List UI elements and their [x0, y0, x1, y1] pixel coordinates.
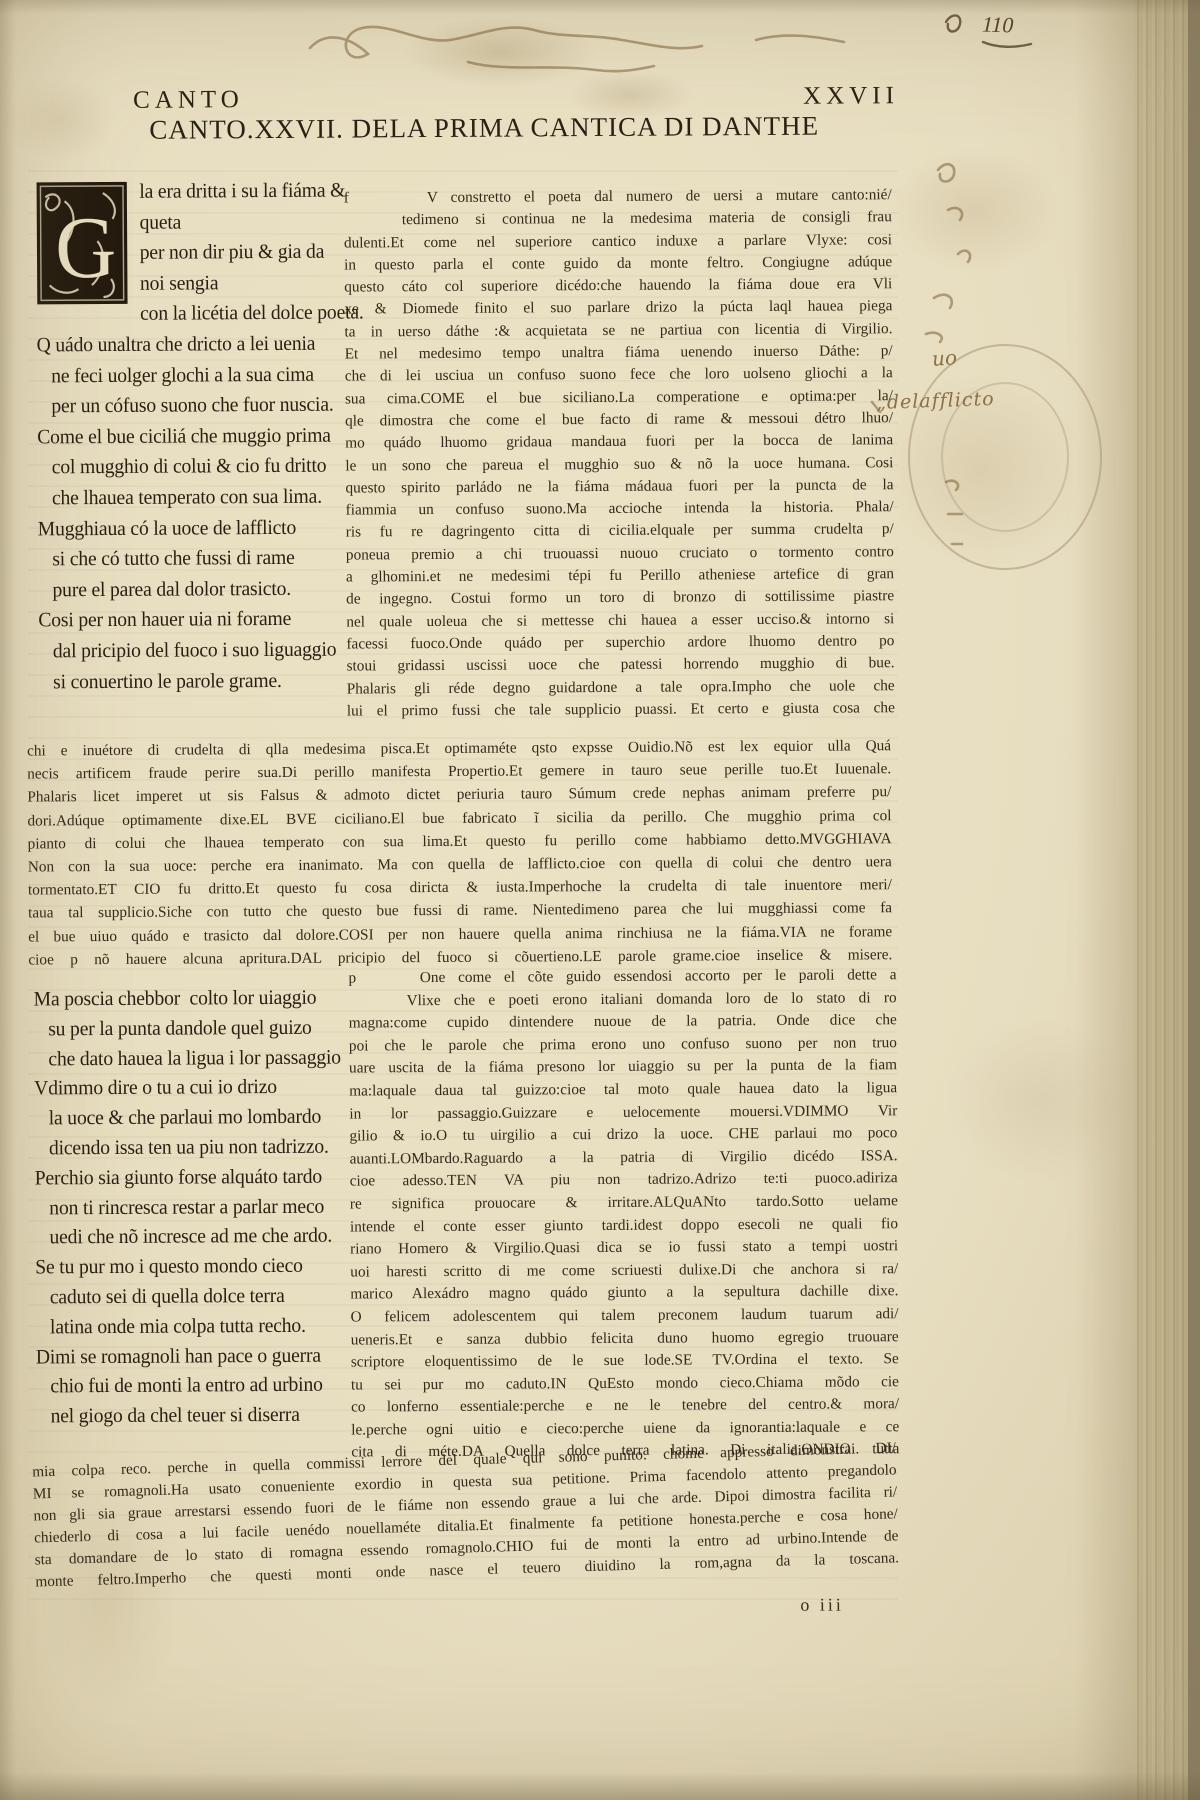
- text-line: Dimi se romagnoli han pace o guerra: [36, 1341, 358, 1373]
- text-line: O felicem adolescentem qui talem precone…: [350, 1303, 898, 1329]
- text-line: dulenti.Et come nel superiore cantico in…: [344, 229, 892, 255]
- text-line: ris fu re dagringento citta di cicilia.e…: [346, 519, 894, 545]
- text-line: Mugghiaua có la uoce de lafflicto: [38, 512, 360, 545]
- text-line: Se tu pur mo i questo mondo cieco: [35, 1252, 357, 1284]
- text-line: chio fui de monti la entro ad urbino: [36, 1371, 358, 1403]
- gloss-block-2: mia colpa reco. perche in quella commiss…: [32, 1437, 899, 1593]
- quire-signature: o iii: [800, 1595, 844, 1616]
- text-line: ueneris.Et e sanza dubbio felicita duno …: [351, 1326, 899, 1352]
- book-fore-edge-shadow: [1188, 0, 1200, 1800]
- text-line: Et nel medesimo tempo unaltra fiáma uene…: [345, 340, 893, 366]
- text-line: tedimeno si continua ne la medesima mate…: [344, 207, 892, 233]
- text-line: pure el parea dal dolor trasicto.: [38, 573, 360, 606]
- text-line: marico Alexádro magno quádo giunto a la …: [350, 1280, 898, 1306]
- text-line: dicendo issa ten ua piu non tadrizzo.: [34, 1132, 356, 1164]
- text-line: re significa prouocare & irritare.ALQuAN…: [350, 1190, 898, 1216]
- text-line: p One come el cõte guido essendosi accor…: [348, 964, 896, 990]
- text-line: nel giogo da chel teuer si diserra: [36, 1401, 358, 1433]
- running-header-number: XXVII: [803, 82, 899, 111]
- text-line: che di lei usciua un confuso suono fece …: [345, 363, 893, 389]
- text-line: a glhomini.et ne medesimi tépi fu Perill…: [346, 563, 894, 589]
- decorated-initial-G: G: [36, 181, 129, 306]
- text-line: caduto sei di quella dolce terra: [35, 1281, 357, 1313]
- text-line: co lonferno essentiale:perche e ne le te…: [351, 1393, 899, 1419]
- text-line: questo spirito parládo ne la fiáma mádau…: [345, 474, 893, 500]
- text-line: uedi che nõ incresce ad me che ardo.: [35, 1222, 357, 1254]
- page-edge-left: [0, 0, 16, 1800]
- text-line: riano Homero & Virgilio.Quasi dica se io…: [350, 1235, 898, 1261]
- text-line: tu sei pur mo caduto.IN QuEsto mondo cie…: [351, 1371, 899, 1397]
- text-line: si conuertino le parole grame.: [39, 665, 361, 698]
- commentary-block-1: f V constretto el poeta dal numero de ue…: [344, 184, 895, 722]
- handwritten-margin-note-uo: uo: [931, 345, 958, 371]
- text-line: de ingegno. Costui formo un toro di bron…: [346, 586, 894, 612]
- text-line: poi che le parole che prima erono uno co…: [349, 1032, 897, 1058]
- text-line: su per la punta dandole quel guizo: [34, 1013, 356, 1045]
- text-line: qle dimostra che come el bue facto di ra…: [345, 407, 893, 433]
- initial-letter: G: [55, 198, 116, 296]
- text-line: cioe adesso.TEN VA piu non tadrizo.Adriz…: [350, 1168, 898, 1194]
- text-line: che lhauea temperato con sua lima.: [37, 481, 359, 514]
- text-line: le un sono che pareua el mugghio suo & n…: [345, 452, 893, 478]
- text-line: ma:laquale daua tal guizzo:cioe tal moto…: [349, 1077, 897, 1103]
- handwritten-margin-note-word: „delafflicto: [876, 388, 995, 414]
- text-line: Perchio sia giunto forse alquáto tardo: [35, 1162, 357, 1194]
- text-line: non ti rincresca restar a parlar meco: [35, 1192, 357, 1224]
- text-line: le.perche ogni uitio e cieco:perche uien…: [351, 1416, 899, 1442]
- text-line: magna:come cupido dintendere nuoue de la…: [349, 1009, 897, 1035]
- text-line: xe & Diomede finito el suo parlare drizo…: [344, 296, 892, 322]
- text-line: fiammia un confuso suono.Ma accioche int…: [346, 496, 894, 522]
- handwritten-folio-number: 110: [982, 11, 1014, 38]
- text-line: intende el conte esser giunto tardi.ides…: [350, 1213, 898, 1239]
- page-edge-top: [0, 0, 1200, 14]
- text-line: auanti.LOMbardo.Raguardo a la patria di …: [350, 1145, 898, 1171]
- text-line: col mugghio di colui & cio fu dritto: [37, 451, 359, 484]
- text-line: Phalaris gli réde degno guidardone a tal…: [347, 675, 895, 701]
- text-line: lui el primo fussi che tale supplicio pu…: [347, 697, 895, 723]
- text-line: gilio & io.O tu uirgilio a cui drizo la …: [349, 1122, 897, 1148]
- text-line: Cosi per non hauer uia ni forame: [38, 604, 360, 637]
- printed-content: CANTO XXVII CANTO.XXVII. DELA PRIMA CANT…: [0, 0, 1200, 1800]
- text-line: uare uscita de la fiáma presono lor uiag…: [349, 1055, 897, 1081]
- page-edge-bottom: [0, 1772, 1200, 1800]
- verse-block-1: G la era dritta i su la fiáma &quetaper …: [36, 175, 361, 697]
- text-line: Q uádo unaltra che dricto a lei uenia: [37, 328, 359, 361]
- text-line: mo quádo lhuomo gridaua mandaua fuori pe…: [345, 429, 893, 455]
- text-line: stoui gridassi uscissi uoce che patessi …: [347, 652, 895, 678]
- text-line: sua cima.COME el bue siciliano.La comper…: [345, 385, 893, 411]
- gloss-block-1: chi e inuétore di crudelta di qlla medes…: [27, 734, 892, 971]
- text-line: si che có tutto che fussi di rame: [38, 543, 360, 576]
- text-line: in lor passaggio.Guizzare e uelocemente …: [349, 1100, 897, 1126]
- text-line: per un cófuso suono che fuor nuscia.: [37, 390, 359, 423]
- chapter-title: CANTO.XXVII. DELA PRIMA CANTICA DI DANTH…: [149, 111, 819, 146]
- text-line: Vlixe che e poeti erono italiani domanda…: [349, 987, 897, 1013]
- text-line: latina onde mia colpa tutta recho.: [36, 1311, 358, 1343]
- text-line: dal pricipio del fuoco i suo liguaggio: [38, 634, 360, 667]
- running-header-canto: CANTO: [133, 86, 244, 115]
- verse-block-2: Ma poscia chebbor colto lor uiaggiosu pe…: [34, 983, 358, 1432]
- text-line: Ma poscia chebbor colto lor uiaggio: [34, 983, 356, 1015]
- text-line: facessi fuoco.Onde quádo per superchio a…: [346, 630, 894, 656]
- text-line: scriptore eloquentissimo de le sue lode.…: [351, 1348, 899, 1374]
- text-line: ne feci uolger glochi a la sua cima: [37, 359, 359, 392]
- text-line: uoi haresti scritto di me come scriuesti…: [350, 1258, 898, 1284]
- commentary-block-2: p One come el cõte guido essendosi accor…: [348, 964, 899, 1464]
- text-line: poneua premio a chi truouassi nuouo cruc…: [346, 541, 894, 567]
- book-page-scan: CANTO XXVII CANTO.XXVII. DELA PRIMA CANT…: [0, 0, 1200, 1800]
- text-line: nel quale uoleua che si mettesse chi hau…: [346, 608, 894, 634]
- text-line: la uoce & che parlaui mo lombardo: [34, 1103, 356, 1135]
- text-line: Vdimmo dire o tu a cui io drizo: [34, 1073, 356, 1105]
- text-line: Come el bue ciciliá che muggio prima: [37, 420, 359, 453]
- text-line: che dato hauea la ligua i lor passaggio: [34, 1043, 356, 1075]
